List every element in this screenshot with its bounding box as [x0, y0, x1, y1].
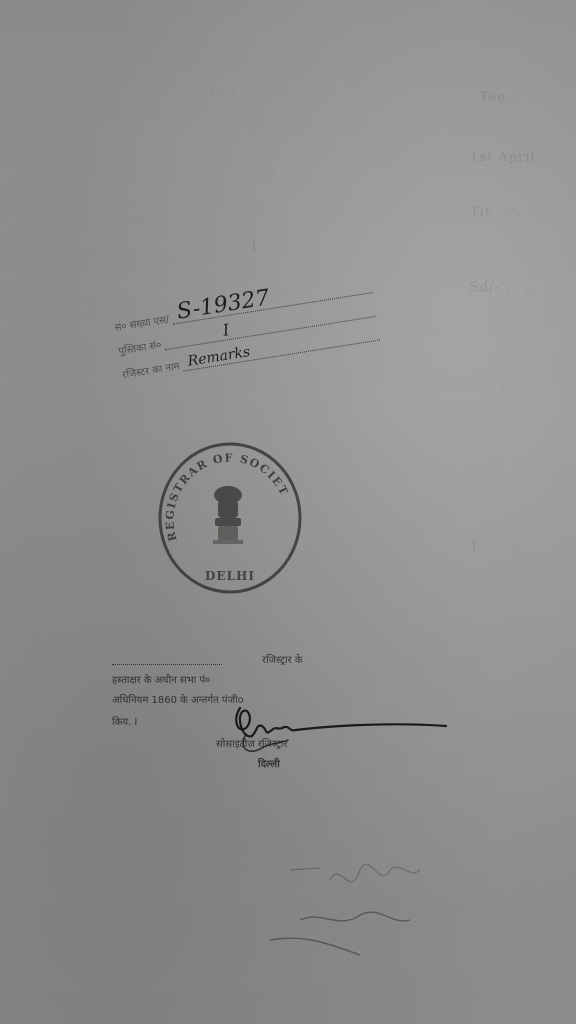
- registrar-seal: REGISTRAR OF SOCIETIES DELHI: [155, 440, 305, 595]
- registrar-signature: [228, 700, 453, 760]
- ghost-text-4: . . . . . .: [240, 160, 296, 175]
- footer-line-1: रजिस्ट्रार के: [262, 652, 303, 666]
- volume-value: I: [221, 320, 230, 340]
- signature-icon: [228, 700, 453, 760]
- ghost-text-7: Sd/- . . .: [470, 280, 531, 295]
- ghost-text-9: 1 . . . .: [470, 540, 520, 555]
- ghost-text-5: Tit . . .: [470, 205, 522, 220]
- ghost-text-1: · · · · · · · · · · · ·: [200, 85, 318, 100]
- document-page: · · · · · · · · · · · · Tee. . . . . 1st…: [0, 0, 576, 1024]
- lion-capital-icon: [213, 486, 243, 544]
- dotted-line: [112, 664, 222, 665]
- footer-line-4: किय. I: [112, 714, 137, 728]
- ghost-text-8: . . . . . .: [460, 380, 516, 395]
- registration-block: सं० संख्या एस/ S-19327 पुस्तिका सं० I रज…: [112, 269, 380, 381]
- ghost-text-6: 1 . . . .: [250, 240, 300, 255]
- footer-line-3: अधिनियम 1860 के अन्तर्गत पंजीo: [112, 692, 244, 706]
- faint-handwriting-icon: [180, 840, 460, 960]
- seal-bottom-text: DELHI: [205, 569, 255, 583]
- ghost-text-2: Tee. . . . .: [480, 90, 552, 105]
- register-name-label: रजिस्टर का नाम: [121, 358, 180, 381]
- seal-stamp-icon: REGISTRAR OF SOCIETIES DELHI: [155, 440, 305, 595]
- footer-line-2: हस्ताक्षर के अधीन सभा पं०: [112, 672, 210, 686]
- ghost-text-3: 1st April: [470, 150, 536, 165]
- register-name-value: Remarks: [187, 344, 252, 370]
